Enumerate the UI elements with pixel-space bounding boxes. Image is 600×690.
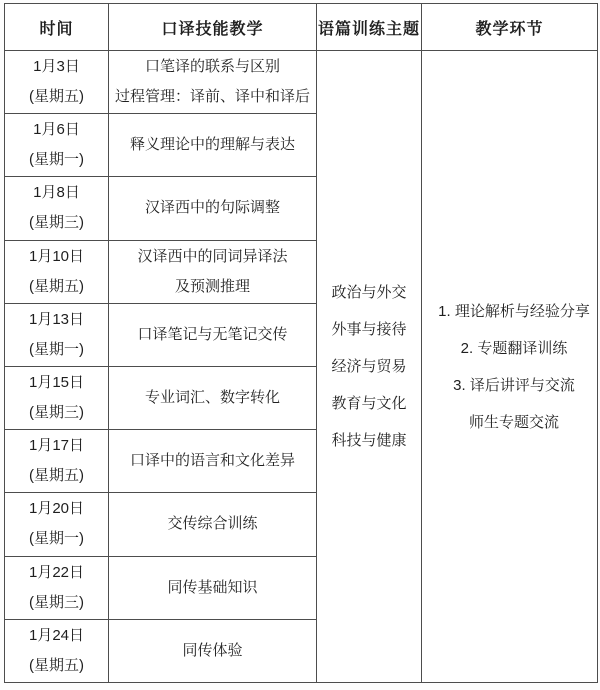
topics-cell: 政治与外交 外事与接待 经济与贸易 教育与文化 科技与健康 (317, 51, 422, 683)
skill-cell: 交传综合训练 (109, 493, 317, 556)
date-cell: 1月15日 (星期三) (5, 366, 109, 429)
table-row: 1月3日 (星期五) 口笔译的联系与区别 过程管理：译前、译中和译后 政治与外交… (5, 51, 598, 114)
skill-cell: 同传基础知识 (109, 556, 317, 619)
date-text: 1月22日 (5, 558, 108, 588)
header-time: 时间 (5, 4, 109, 51)
schedule-page: 时间 口译技能教学 语篇训练主题 教学环节 1月3日 (星期五) 口笔译的联系与… (0, 0, 600, 690)
weekday-text: (星期三) (5, 398, 108, 428)
topic-item: 经济与贸易 (317, 348, 421, 385)
date-cell: 1月22日 (星期三) (5, 556, 109, 619)
schedule-table: 时间 口译技能教学 语篇训练主题 教学环节 1月3日 (星期五) 口笔译的联系与… (4, 3, 598, 683)
activity-item: 2. 专题翻译训练 (422, 330, 597, 367)
header-skills: 口译技能教学 (109, 4, 317, 51)
skill-line: 口译中的语言和文化差异 (109, 446, 316, 476)
date-cell: 1月8日 (星期三) (5, 177, 109, 240)
date-text: 1月6日 (5, 115, 108, 145)
skill-line: 过程管理：译前、译中和译后 (109, 82, 316, 112)
skill-line: 交传综合训练 (109, 509, 316, 539)
weekday-text: (星期三) (5, 208, 108, 238)
skill-cell: 专业词汇、数字转化 (109, 366, 317, 429)
topic-item: 外事与接待 (317, 311, 421, 348)
skill-line: 专业词汇、数字转化 (109, 383, 316, 413)
date-text: 1月20日 (5, 494, 108, 524)
date-text: 1月10日 (5, 242, 108, 272)
weekday-text: (星期五) (5, 651, 108, 681)
date-cell: 1月20日 (星期一) (5, 493, 109, 556)
weekday-text: (星期一) (5, 524, 108, 554)
date-text: 1月8日 (5, 178, 108, 208)
weekday-text: (星期五) (5, 82, 108, 112)
date-cell: 1月24日 (星期五) (5, 619, 109, 682)
date-cell: 1月10日 (星期五) (5, 240, 109, 303)
skill-cell: 同传体验 (109, 619, 317, 682)
activities-cell: 1. 理论解析与经验分享 2. 专题翻译训练 3. 译后讲评与交流 师生专题交流 (422, 51, 598, 683)
date-text: 1月24日 (5, 621, 108, 651)
topic-item: 教育与文化 (317, 385, 421, 422)
date-cell: 1月13日 (星期一) (5, 303, 109, 366)
skill-cell: 释义理论中的理解与表达 (109, 114, 317, 177)
date-cell: 1月3日 (星期五) (5, 51, 109, 114)
skill-line: 释义理论中的理解与表达 (109, 130, 316, 160)
skill-cell: 汉译西中的同词异译法 及预测推理 (109, 240, 317, 303)
date-text: 1月17日 (5, 431, 108, 461)
date-text: 1月13日 (5, 305, 108, 335)
skill-line: 及预测推理 (109, 272, 316, 302)
weekday-text: (星期一) (5, 335, 108, 365)
skill-line: 同传基础知识 (109, 573, 316, 603)
weekday-text: (星期一) (5, 145, 108, 175)
skill-line: 口笔译的联系与区别 (109, 52, 316, 82)
date-text: 1月15日 (5, 368, 108, 398)
skill-line: 汉译西中的同词异译法 (109, 242, 316, 272)
skill-line: 汉译西中的句际调整 (109, 193, 316, 223)
header-row: 时间 口译技能教学 语篇训练主题 教学环节 (5, 4, 598, 51)
activity-item: 3. 译后讲评与交流 (422, 367, 597, 404)
header-activities: 教学环节 (422, 4, 598, 51)
date-text: 1月3日 (5, 52, 108, 82)
skill-cell: 口译中的语言和文化差异 (109, 430, 317, 493)
activity-item: 师生专题交流 (422, 404, 597, 441)
topic-item: 政治与外交 (317, 274, 421, 311)
date-cell: 1月6日 (星期一) (5, 114, 109, 177)
activity-item: 1. 理论解析与经验分享 (422, 293, 597, 330)
header-topics: 语篇训练主题 (317, 4, 422, 51)
skill-line: 口译笔记与无笔记交传 (109, 320, 316, 350)
weekday-text: (星期五) (5, 461, 108, 491)
topic-item: 科技与健康 (317, 422, 421, 459)
weekday-text: (星期三) (5, 588, 108, 618)
weekday-text: (星期五) (5, 272, 108, 302)
skill-cell: 汉译西中的句际调整 (109, 177, 317, 240)
date-cell: 1月17日 (星期五) (5, 430, 109, 493)
skill-cell: 口译笔记与无笔记交传 (109, 303, 317, 366)
skill-cell: 口笔译的联系与区别 过程管理：译前、译中和译后 (109, 51, 317, 114)
skill-line: 同传体验 (109, 636, 316, 666)
